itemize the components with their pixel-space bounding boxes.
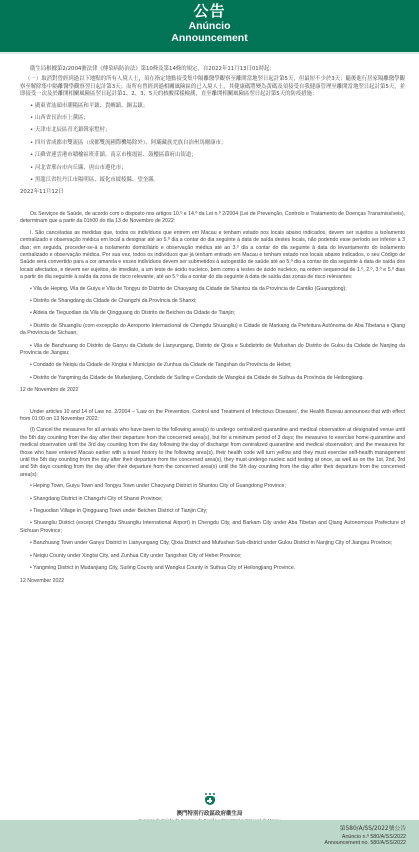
pt-date: 12 de Novembro de 2022 <box>20 387 405 394</box>
health-bureau-logo-icon <box>204 793 216 805</box>
list-item: • 四川省成都市雙流區（成都雙流國際機場除外）、阿壩藏族羌族自治州馬爾康市； <box>20 140 405 147</box>
list-item: • 廣東省汕頭市潮陽區和平鎮、貴嶼鎮、銅盂鎮； <box>20 103 405 110</box>
list-item: • Vila de Heping, Vila de Guiyu e Vila d… <box>20 286 405 293</box>
title-en: Announcement <box>0 32 419 44</box>
list-item: • Aldeia de Tieguodian da Vila de Qinggu… <box>20 310 405 317</box>
list-item: • 河北省邢台市內丘縣、唐山市遵化市； <box>20 165 405 172</box>
list-item: • 黑龍江省牡丹江市陽明區、綏化市綏棱縣、望奎縣。 <box>20 177 405 184</box>
portuguese-section: Os Serviços de Saúde, de acordo com o di… <box>20 211 405 395</box>
list-item: • Banzhuang Town under Ganyu District in… <box>20 540 405 547</box>
pt-area-list: • Vila de Heping, Vila de Guiyu e Vila d… <box>20 286 405 383</box>
pt-paragraph-1: I. São canceladas as medidas que, todos … <box>20 230 405 282</box>
list-item: • Heping Town, Guiyu Town and Tongyu Tow… <box>20 483 405 490</box>
list-item: • Yangming District in Mudanjiang City, … <box>20 565 405 572</box>
en-date: 12 November 2022 <box>20 578 405 585</box>
agency-name-zh: 澳門特別行政區政府衞生局 <box>0 811 419 818</box>
list-item: • Shuangliu District (except Chengdu Shu… <box>20 520 405 535</box>
chinese-section: 衞生局根據第2/2004號法律《傳染病防治法》第10條及第14條的規定，自202… <box>20 66 405 197</box>
zh-paragraph-1: （一）取消對曾經到過以下地點的所有人境人士，須在指定地點接受集中隔離醫學觀察至離… <box>20 76 405 98</box>
list-item: • Distrito de Yangming da Cidade de Muda… <box>20 375 405 382</box>
list-item: • Tieguodian Village in Qingguang Town u… <box>20 508 405 515</box>
announcement-number-bar: 第580/A/SS/2022號公告 Anúncio n.º 580/A/SS/2… <box>0 820 419 852</box>
agency-logo-block: 澳門特別行政區政府衞生局 Serviços de Saúde do Govern… <box>0 792 419 823</box>
zh-date: 2022年11月12日 <box>20 189 405 196</box>
list-item: • Vila de Banzhuang do Distrito de Ganyu… <box>20 343 405 358</box>
en-area-list: • Heping Town, Guiyu Town and Tongyu Tow… <box>20 483 405 572</box>
list-item: • Neiqiu County under Xingtai City, and … <box>20 553 405 560</box>
list-item: • Condado de Neiqiu da Cidade de Xingtai… <box>20 362 405 369</box>
title-zh: 公告 <box>0 3 419 20</box>
english-section: Under articles 10 and 14 of Law no. 2/20… <box>20 409 405 585</box>
en-intro: Under articles 10 and 14 of Law no. 2/20… <box>20 409 405 424</box>
announcement-number-zh: 第580/A/SS/2022號公告 <box>0 826 406 834</box>
pt-intro: Os Serviços de Saúde, de acordo com o di… <box>20 211 405 226</box>
announcement-body: 衞生局根據第2/2004號法律《傳染病防治法》第10條及第14條的規定，自202… <box>20 66 405 585</box>
list-item: • Distrito de Shuangliu (com excepção do… <box>20 323 405 338</box>
en-paragraph-1: (I) Cancel the measures for all arrivals… <box>20 427 405 479</box>
announcement-header: 公告 Anúncio Announcement <box>0 0 419 52</box>
header-divider <box>0 52 419 54</box>
list-item: • Shangdang District in Changzhi City of… <box>20 496 405 503</box>
zh-area-list: • 廣東省汕頭市潮陽區和平鎮、貴嶼鎮、銅盂鎮； • 山西省長治市上黨區； • 天… <box>20 103 405 185</box>
list-item: • 山西省長治市上黨區； <box>20 115 405 122</box>
list-item: • Distrito de Shangdang da Cidade de Cha… <box>20 298 405 305</box>
title-pt: Anúncio <box>0 20 419 32</box>
announcement-number-en: Announcement no. 580/A/SS/2022 <box>0 840 406 846</box>
zh-intro: 衞生局根據第2/2004號法律《傳染病防治法》第10條及第14條的規定，自202… <box>20 66 405 73</box>
list-item: • 江蘇省連雲港市贛榆區班莊鎮、南京市棲霞區、鼓樓區幕府山街道； <box>20 152 405 159</box>
list-item: • 天津市北辰區青光鎮韓家墅村； <box>20 127 405 134</box>
